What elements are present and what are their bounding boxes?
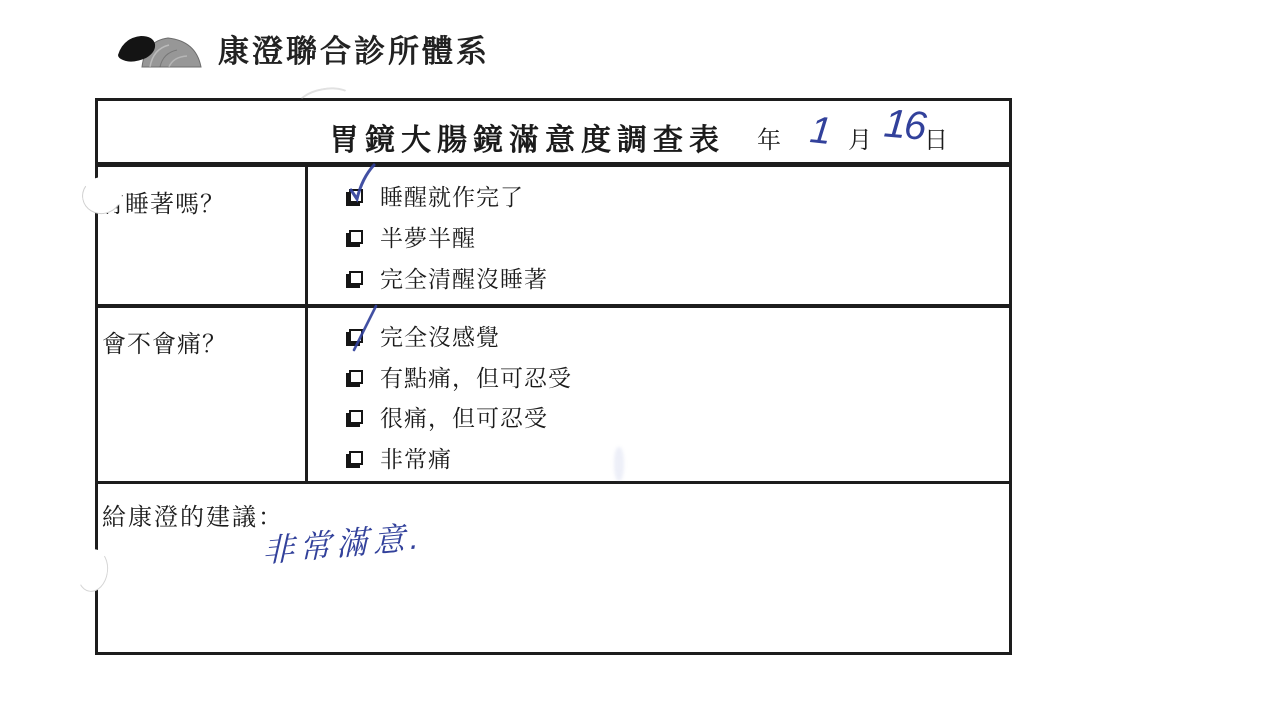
clinic-header: 康澄聯合診所體系 xyxy=(0,0,1280,90)
date-day-label: 日 xyxy=(924,120,948,155)
checkbox-very-pain-bearable[interactable] xyxy=(349,410,363,424)
checkbox-extreme-pain[interactable] xyxy=(349,451,363,465)
checkbox-fully-awake[interactable] xyxy=(349,271,363,285)
scan-smudge-artifact xyxy=(614,447,624,481)
option-row: 很痛，但可忍受 xyxy=(349,404,548,433)
checkbox-slight-pain[interactable] xyxy=(349,370,363,384)
date-month-label: 月 xyxy=(848,120,872,155)
option-row: 半夢半醒 xyxy=(349,224,476,253)
column-divider-line xyxy=(305,165,308,483)
row1-divider-line xyxy=(95,304,1012,308)
checkbox-half-awake[interactable] xyxy=(349,230,363,244)
option-label: 有點痛，但可忍受 xyxy=(380,364,572,393)
suggestion-label: 給康澄的建議： xyxy=(102,497,284,532)
form-title: 胃鏡大腸鏡滿意度調查表 xyxy=(329,115,725,159)
option-label: 完全清醒沒睡著 xyxy=(380,265,548,294)
scanned-survey-page: 康澄聯合診所體系 胃鏡大腸鏡滿意度調查表 年 1 月 16 日 有睡著嗎？ 睡醒… xyxy=(0,0,1280,720)
option-label: 睡醒就作完了 xyxy=(380,183,524,212)
title-row-divider-line xyxy=(95,162,1012,167)
clinic-logo-icon xyxy=(117,27,209,71)
option-label: 半夢半醒 xyxy=(380,224,476,253)
option-label: 非常痛 xyxy=(380,445,452,474)
option-row: 有點痛，但可忍受 xyxy=(349,364,572,393)
row2-divider-line xyxy=(95,481,1012,484)
option-label: 完全沒感覺 xyxy=(380,323,500,352)
date-year-label: 年 xyxy=(757,120,781,155)
date-month-handwritten-value: 1 xyxy=(808,109,834,154)
clinic-name: 康澄聯合診所體系 xyxy=(218,26,490,71)
pen-slash-icon xyxy=(347,302,381,354)
question-2-label: 會不會痛？ xyxy=(102,324,227,359)
option-row: 非常痛 xyxy=(349,445,452,474)
option-row: 完全清醒沒睡著 xyxy=(349,265,548,294)
date-day-handwritten-value: 16 xyxy=(882,101,926,149)
option-label: 很痛，但可忍受 xyxy=(380,404,548,433)
pen-checkmark-icon xyxy=(341,160,383,206)
